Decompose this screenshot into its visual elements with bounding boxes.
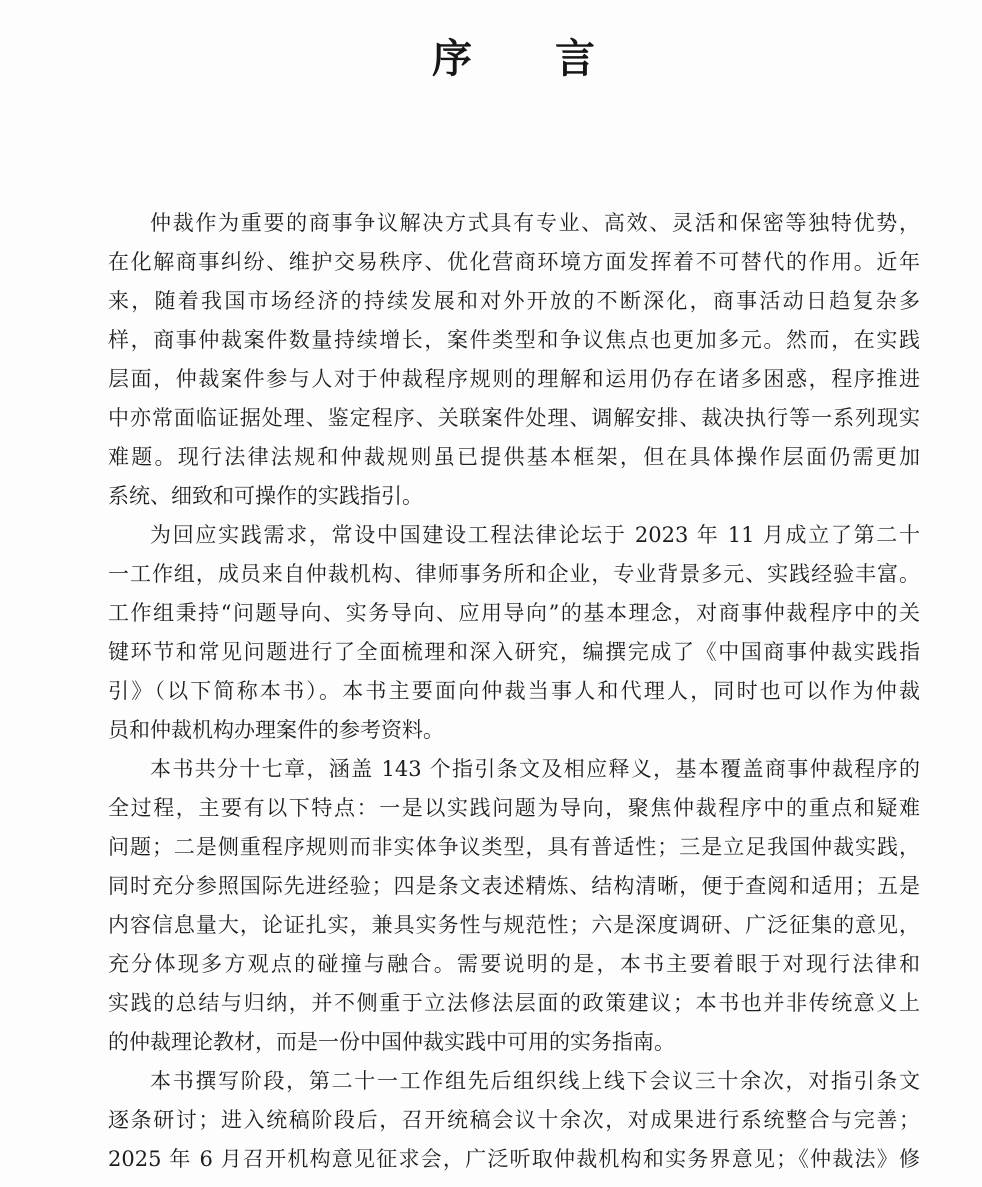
text-line: 的仲裁理论教材，而是一份中国仲裁实践中可用的实务指南。	[108, 1023, 920, 1062]
text-line: 一工作组，成员来自仲裁机构、律师事务所和企业，专业背景多元、实践经验丰富。	[108, 555, 920, 594]
text-line: 本书共分十七章，涵盖 143 个指引条文及相应释义，基本覆盖商事仲裁程序的	[108, 750, 920, 789]
paragraph: 仲裁作为重要的商事争议解决方式具有专业、高效、灵活和保密等独特优势，在化解商事纠…	[108, 204, 920, 516]
text-line: 问题；二是侧重程序规则而非实体争议类型，具有普适性；三是立足我国仲裁实践，	[108, 828, 920, 867]
text-line: 系统、细致和可操作的实践指引。	[108, 477, 920, 516]
text-line: 充分体现多方观点的碰撞与融合。需要说明的是，本书主要着眼于对现行法律和	[108, 945, 920, 984]
text-line: 全过程，主要有以下特点：一是以实践问题为导向，聚焦仲裁程序中的重点和疑难	[108, 789, 920, 828]
paragraph: 为回应实践需求，常设中国建设工程法律论坛于 2023 年 11 月成立了第二十一…	[108, 516, 920, 750]
page-title: 序 言	[108, 36, 920, 82]
text-line: 内容信息量大，论证扎实，兼具实务性与规范性；六是深度调研、广泛征集的意见，	[108, 906, 920, 945]
text-line: 中亦常面临证据处理、鉴定程序、关联案件处理、调解安排、裁决执行等一系列现实	[108, 399, 920, 438]
text-line: 层面，仲裁案件参与人对于仲裁程序规则的理解和运用仍存在诸多困惑，程序推进	[108, 360, 920, 399]
preface-body: 仲裁作为重要的商事争议解决方式具有专业、高效、灵活和保密等独特优势，在化解商事纠…	[108, 204, 920, 1179]
paragraph: 本书撰写阶段，第二十一工作组先后组织线上线下会议三十余次，对指引条文逐条研讨；进…	[108, 1062, 920, 1179]
text-line: 仲裁作为重要的商事争议解决方式具有专业、高效、灵活和保密等独特优势，	[108, 204, 920, 243]
text-line: 逐条研讨；进入统稿阶段后，召开统稿会议十余次，对成果进行系统整合与完善；	[108, 1101, 920, 1140]
text-line: 工作组秉持“问题导向、实务导向、应用导向”的基本理念，对商事仲裁程序中的关	[108, 594, 920, 633]
text-line: 为回应实践需求，常设中国建设工程法律论坛于 2023 年 11 月成立了第二十	[108, 516, 920, 555]
text-line: 本书撰写阶段，第二十一工作组先后组织线上线下会议三十余次，对指引条文	[108, 1062, 920, 1101]
text-line: 键环节和常见问题进行了全面梳理和深入研究，编撰完成了《中国商事仲裁实践指	[108, 633, 920, 672]
text-line: 难题。现行法律法规和仲裁规则虽已提供基本框架，但在具体操作层面仍需更加	[108, 438, 920, 477]
text-line: 员和仲裁机构办理案件的参考资料。	[108, 711, 920, 750]
text-line: 在化解商事纠纷、维护交易秩序、优化营商环境方面发挥着不可替代的作用。近年	[108, 243, 920, 282]
text-line: 同时充分参照国际先进经验；四是条文表述精炼、结构清晰，便于查阅和适用；五是	[108, 867, 920, 906]
book-page: 序 言 仲裁作为重要的商事争议解决方式具有专业、高效、灵活和保密等独特优势，在化…	[0, 0, 982, 1187]
text-line: 2025 年 6 月召开机构意见征求会，广泛听取仲裁机构和实务界意见；《仲裁法》…	[108, 1140, 920, 1179]
text-line: 引》（以下简称本书）。本书主要面向仲裁当事人和代理人，同时也可以作为仲裁	[108, 672, 920, 711]
text-line: 实践的总结与归纳，并不侧重于立法修法层面的政策建议；本书也并非传统意义上	[108, 984, 920, 1023]
text-line: 样，商事仲裁案件数量持续增长，案件类型和争议焦点也更加多元。然而，在实践	[108, 321, 920, 360]
paragraph: 本书共分十七章，涵盖 143 个指引条文及相应释义，基本覆盖商事仲裁程序的全过程…	[108, 750, 920, 1062]
text-line: 来，随着我国市场经济的持续发展和对外开放的不断深化，商事活动日趋复杂多	[108, 282, 920, 321]
